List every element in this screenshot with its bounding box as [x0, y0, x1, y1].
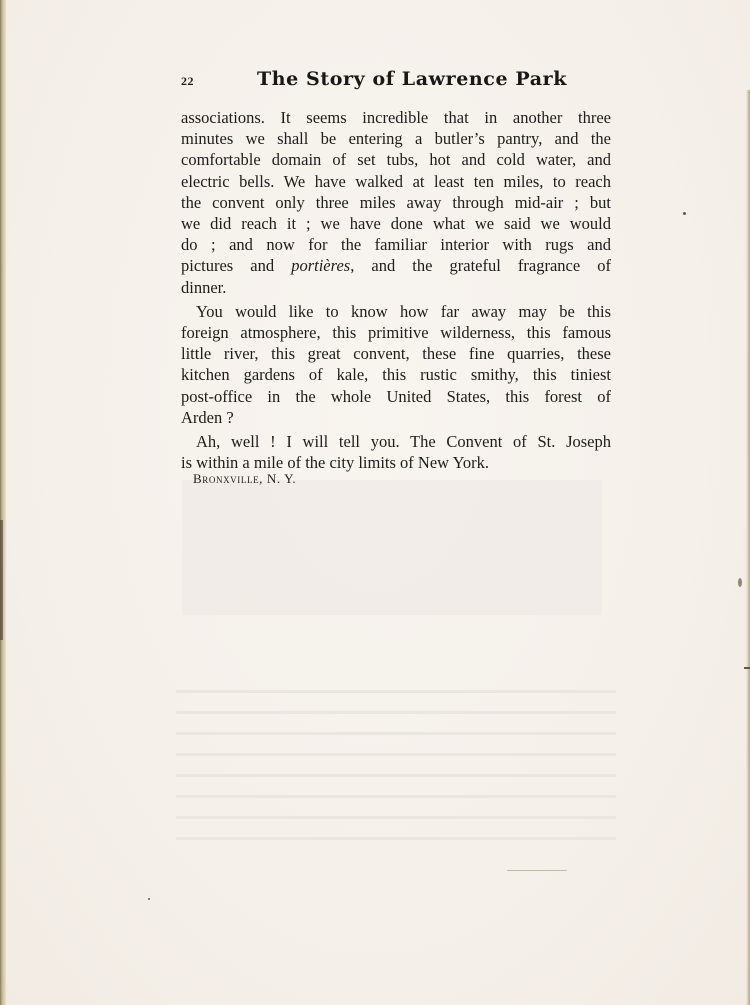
- text-line: minutes we shall be entering a butler’s …: [181, 128, 611, 149]
- paper-speck: [738, 578, 742, 587]
- text-line: kitchen gardens of kale, this rustic smi…: [181, 364, 611, 385]
- text-line: You would like to know how far away may …: [181, 301, 611, 322]
- text-fragment: , and the grateful fragrance of: [350, 256, 611, 275]
- paragraph-3: Ah, well ! I will tell you. The Convent …: [181, 431, 611, 473]
- text-line: Arden ?: [181, 407, 611, 428]
- paragraph-2: You would like to know how far away may …: [181, 301, 611, 428]
- body-text: associations. It seems incredible that i…: [181, 107, 611, 473]
- running-title: The Story of Lawrence Park: [257, 68, 567, 90]
- bleed-through-text: [176, 690, 616, 858]
- text-line: little river, this great convent, these …: [181, 343, 611, 364]
- text-line: the convent only three miles away throug…: [181, 192, 611, 213]
- paragraph-1: associations. It seems incredible that i…: [181, 107, 611, 298]
- book-page: 22 The Story of Lawrence Park associatio…: [0, 0, 750, 1005]
- text-line: pictures and portières, and the grateful…: [181, 255, 611, 276]
- place-signoff: Bronxville, N. Y.: [193, 471, 296, 487]
- text-line: associations. It seems incredible that i…: [181, 107, 611, 128]
- page-binding-edge: [0, 0, 6, 1005]
- paper-scratch: [507, 870, 567, 871]
- text-line: dinner.: [181, 277, 611, 298]
- paper-speck: [148, 898, 150, 900]
- text-line: post-office in the whole United States, …: [181, 386, 611, 407]
- text-line: electric bells. We have walked at least …: [181, 171, 611, 192]
- text-line: comfortable domain of set tubs, hot and …: [181, 149, 611, 170]
- text-line: do ; and now for the familiar interior w…: [181, 234, 611, 255]
- running-header: 22 The Story of Lawrence Park: [181, 68, 611, 98]
- italic-word: portières: [291, 256, 350, 275]
- text-line: foreign atmosphere, this primitive wilde…: [181, 322, 611, 343]
- paper-speck: [683, 212, 686, 215]
- text-line: Ah, well ! I will tell you. The Convent …: [181, 431, 611, 452]
- page-number: 22: [181, 74, 194, 89]
- text-line: we did reach it ; we have done what we s…: [181, 213, 611, 234]
- page-fore-edge: [746, 90, 750, 1005]
- show-through-shadow: [182, 480, 602, 615]
- text-fragment: pictures and: [181, 256, 291, 275]
- paper-speck: [744, 667, 750, 669]
